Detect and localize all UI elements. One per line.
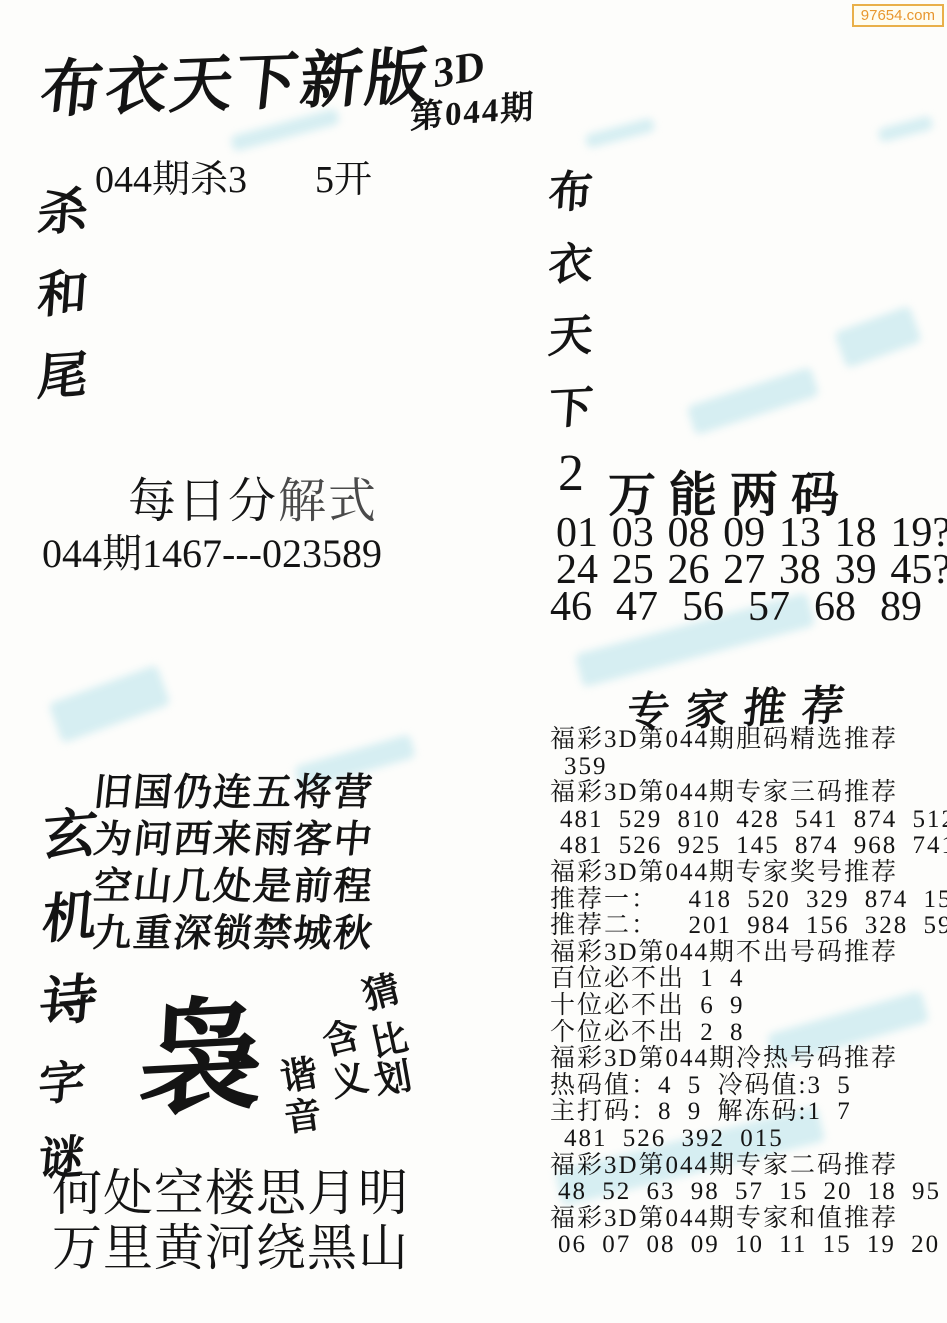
expert-line: 359	[550, 754, 947, 781]
poem-line: 为问西来雨客中	[91, 817, 376, 864]
poem-lines: 旧国仍连五将营 为问西来雨客中 空山几处是前程 九重深锁禁城秋	[96, 770, 376, 958]
page-title: 布衣天下新版	[37, 26, 436, 129]
watermark-blob	[687, 367, 820, 436]
right-vertical-caption: 布 衣 天 下 2	[544, 156, 598, 503]
poem-label-char: 机	[39, 873, 100, 954]
expert-line: 福彩3D第044期专家奖号推荐	[550, 860, 947, 887]
expert-line: 福彩3D第044期专家三码推荐	[550, 780, 947, 807]
two-codes-row: 46 47 56 57 68 89	[550, 585, 922, 629]
watermark-blob	[48, 665, 170, 744]
expert-line: 推荐二： 201 984 156 328 591	[550, 913, 947, 940]
daily-formula-value: 044期1467---023589	[42, 522, 382, 579]
kill-left: 044期杀3	[95, 159, 247, 201]
expert-line: 48 52 63 98 57 15 20 18 95	[550, 1179, 947, 1206]
kill-right: 5开	[315, 159, 372, 201]
code-value: 89	[880, 585, 922, 629]
expert-line: 主打码：8 9 解冻码:1 7	[550, 1099, 947, 1126]
expert-recommendation-list: 福彩3D第044期胆码精选推荐 359 福彩3D第044期专家三码推荐 481 …	[550, 727, 947, 1259]
riddle-label: 一 字 谜	[32, 972, 92, 1188]
expert-line: 百位必不出 1 4	[550, 966, 947, 993]
expert-line: 福彩3D第044期专家和值推荐	[550, 1206, 947, 1233]
lottery-tip-sheet: 97654.com 布衣天下新版 3D 第044期 044期杀35开 杀 和 尾…	[0, 0, 947, 1323]
solution-couplet: 何处空楼思月明 万里黄河绕黑山	[52, 1166, 409, 1276]
code-value: 68	[814, 585, 856, 629]
right-vertical-char: 布	[547, 155, 596, 221]
left-vertical-char: 尾	[35, 334, 90, 409]
code-value: 56	[682, 585, 724, 629]
expert-line: 福彩3D第044期冷热号码推荐	[550, 1046, 947, 1073]
code-value: 47	[616, 585, 658, 629]
watermark-blob	[584, 117, 655, 149]
daily-formula-title-head: 每日分	[128, 475, 278, 528]
right-vertical-number: 2	[558, 444, 584, 503]
right-vertical-char: 下	[547, 371, 596, 437]
left-vertical-char: 杀	[35, 170, 90, 245]
watermark-blob	[877, 115, 934, 143]
left-vertical-char: 和	[35, 252, 90, 327]
solution-line: 何处空楼思月明	[52, 1166, 409, 1221]
riddle-character: 袅	[136, 992, 265, 1128]
riddle-hint-char: 音	[280, 1084, 324, 1143]
site-link-badge[interactable]: 97654.com	[852, 4, 944, 27]
daily-formula-title-tail: 解式	[278, 475, 378, 528]
expert-line: 06 07 08 09 10 11 15 19 20	[550, 1232, 947, 1259]
expert-line: 个位必不出 2 8	[550, 1020, 947, 1047]
riddle-label-char: 字	[36, 1045, 88, 1114]
issue-label: 第044期	[410, 80, 536, 138]
riddle-hint-char: 义	[325, 1047, 372, 1108]
daily-formula-title: 每日分解式	[128, 462, 378, 531]
kill-line: 044期杀35开	[95, 148, 372, 203]
watermark-blob	[834, 305, 922, 368]
riddle-label-char: 一	[36, 970, 88, 1039]
code-value: 46	[550, 585, 592, 629]
expert-line: 热码值：4 5 冷码值:3 5	[550, 1073, 947, 1100]
expert-line: 推荐一： 418 520 329 874 152	[550, 887, 947, 914]
expert-line: 十位必不出 6 9	[550, 993, 947, 1020]
right-vertical-char: 衣	[547, 227, 596, 293]
expert-line: 481 526 392 015	[550, 1126, 947, 1153]
expert-line: 福彩3D第044期胆码精选推荐	[550, 727, 947, 754]
poem-line: 九重深锁禁城秋	[91, 911, 376, 958]
expert-line: 福彩3D第044期不出号码推荐	[550, 940, 947, 967]
code-value: 57	[748, 585, 790, 629]
solution-line: 万里黄河绕黑山	[52, 1221, 409, 1276]
poem-line: 空山几处是前程	[91, 864, 376, 911]
poem-line: 旧国仍连五将营	[91, 770, 376, 817]
expert-line: 福彩3D第044期专家二码推荐	[550, 1153, 947, 1180]
right-vertical-char: 天	[547, 299, 596, 365]
expert-line: 481 526 925 145 874 968 741	[550, 833, 947, 860]
left-vertical-caption: 杀 和 尾	[34, 172, 92, 408]
expert-line: 481 529 810 428 541 874 512	[550, 807, 947, 834]
